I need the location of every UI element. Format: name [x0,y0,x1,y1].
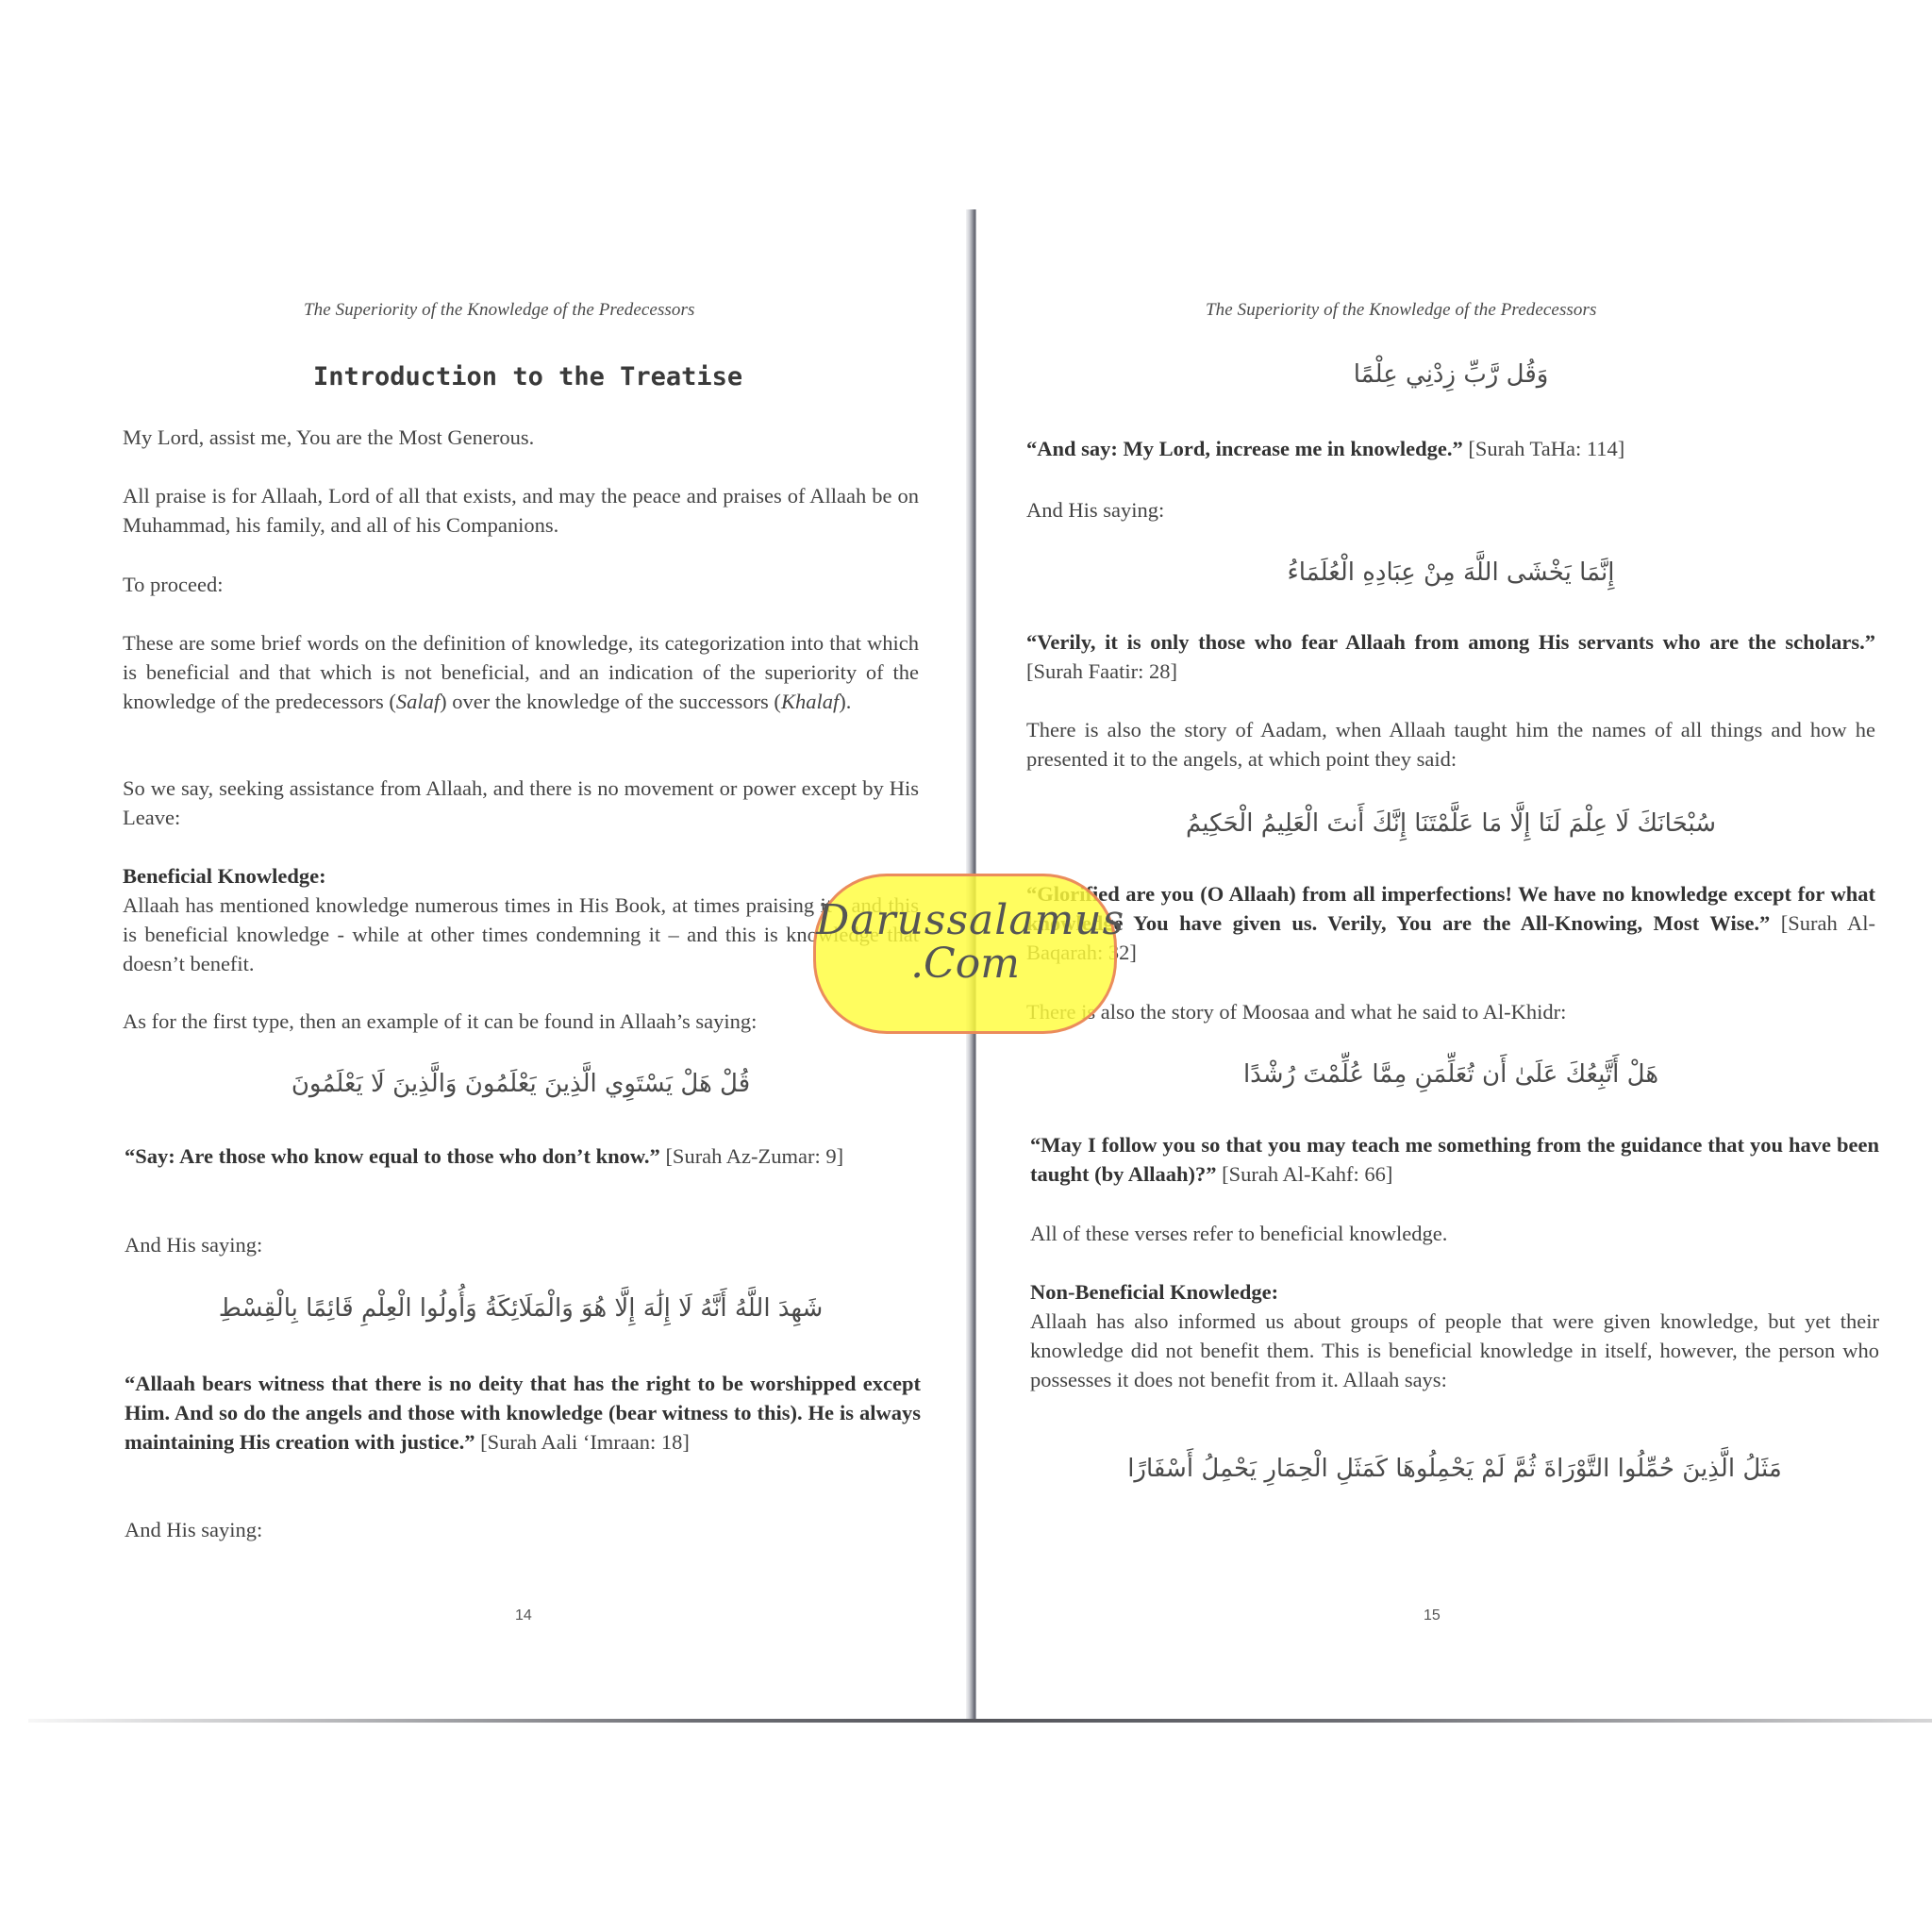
section-beneficial-knowledge: Beneficial Knowledge: Allaah has mention… [123,861,919,978]
quote-faatir: “Verily, it is only those who fear Allaa… [1026,627,1875,686]
quote-baqarah: “Glorified are you (O Allaah) from all i… [1026,879,1875,967]
quote-az-zumar: “Say: Are those who know equal to those … [125,1141,921,1171]
paragraph-to-proceed: To proceed: [123,570,919,599]
paragraph-and-his-saying-2: And His saying: [125,1515,921,1544]
quote-aali-imraan: “Allaah bears witness that there is no d… [125,1369,921,1457]
paragraph-beneficial: Allaah has mentioned knowledge numerous … [123,893,919,975]
section-non-beneficial-knowledge: Non-Beneficial Knowledge: Allaah has als… [1030,1277,1879,1394]
paragraph-first-type: As for the first type, then an example o… [123,1007,919,1036]
term-khalaf: Khalaf [781,690,839,713]
paragraph-seeking-assistance: So we say, seeking assistance from Allaa… [123,774,919,832]
arabic-verse-jumuah: مَثَلُ الَّذِينَ حُمِّلُوا التَّوْرَاةَ … [1030,1455,1879,1483]
running-head-left: The Superiority of the Knowledge of the … [304,300,695,321]
paragraph-non-beneficial: Allaah has also informed us about groups… [1030,1309,1879,1391]
arabic-verse-taha: وَقُل رَّبِّ زِدْنِي عِلْمًا [1026,360,1875,389]
citation-kahf: [Surah Al-Kahf: 66] [1217,1162,1393,1186]
arabic-verse-baqarah: سُبْحَانَكَ لَا عِلْمَ لَنَا إِلَّا مَا … [1026,809,1875,838]
paragraph-invocation: My Lord, assist me, You are the Most Gen… [123,423,919,452]
arabic-verse-faatir: إِنَّمَا يَخْشَى اللَّهَ مِنْ عِبَادِهِ … [1026,558,1875,587]
paragraph-overview: These are some brief words on the defini… [123,628,919,716]
citation-taha: [Surah TaHa: 114] [1463,437,1625,460]
term-salaf: Salaf [396,690,440,713]
arabic-verse-az-zumar: قُلْ هَلْ يَسْتَوِي الَّذِينَ يَعْلَمُون… [123,1070,919,1098]
chapter-title: Introduction to the Treatise [313,362,742,391]
paragraph-and-his-saying-1: And His saying: [125,1230,921,1259]
quote-kahf: “May I follow you so that you may teach … [1030,1130,1879,1189]
arabic-verse-aali-imraan: شَهِدَ اللَّهُ أَنَّهُ لَا إِلَٰهَ إِلَّ… [123,1294,919,1323]
page-number-right: 15 [1424,1607,1441,1624]
quote-taha: “And say: My Lord, increase me in knowle… [1026,434,1875,463]
citation-aali-imraan: [Surah Aali ‘Imraan: 18] [475,1430,689,1454]
book-spread: The Superiority of the Knowledge of the … [0,0,1932,1932]
arabic-verse-kahf: هَلْ أَتَّبِعُكَ عَلَىٰ أَن تُعَلِّمَنِ … [1026,1060,1875,1089]
page-number-left: 14 [515,1607,532,1624]
citation-az-zumar: [Surah Az-Zumar: 9] [660,1144,843,1168]
section-heading-beneficial: Beneficial Knowledge: [123,861,919,891]
paragraph-story-moosaa: There is also the story of Moosaa and wh… [1026,997,1875,1026]
paragraph-praise: All praise is for Allaah, Lord of all th… [123,481,919,540]
running-head-right: The Superiority of the Knowledge of the … [1206,300,1597,321]
section-heading-non-beneficial: Non-Beneficial Knowledge: [1030,1277,1879,1307]
paragraph-story-aadam: There is also the story of Aadam, when A… [1026,715,1875,774]
paragraph-and-his-saying-3: And His saying: [1026,495,1875,525]
watermark-text-line1: Darussalamus [816,899,1114,942]
watermark-badge: Darussalamus .Com [813,874,1117,1034]
citation-faatir: [Surah Faatir: 28] [1026,659,1177,683]
book-bottom-edge [28,1719,1932,1723]
paragraph-verses-beneficial: All of these verses refer to beneficial … [1030,1219,1879,1248]
watermark-text-line2: .Com [816,942,1114,986]
